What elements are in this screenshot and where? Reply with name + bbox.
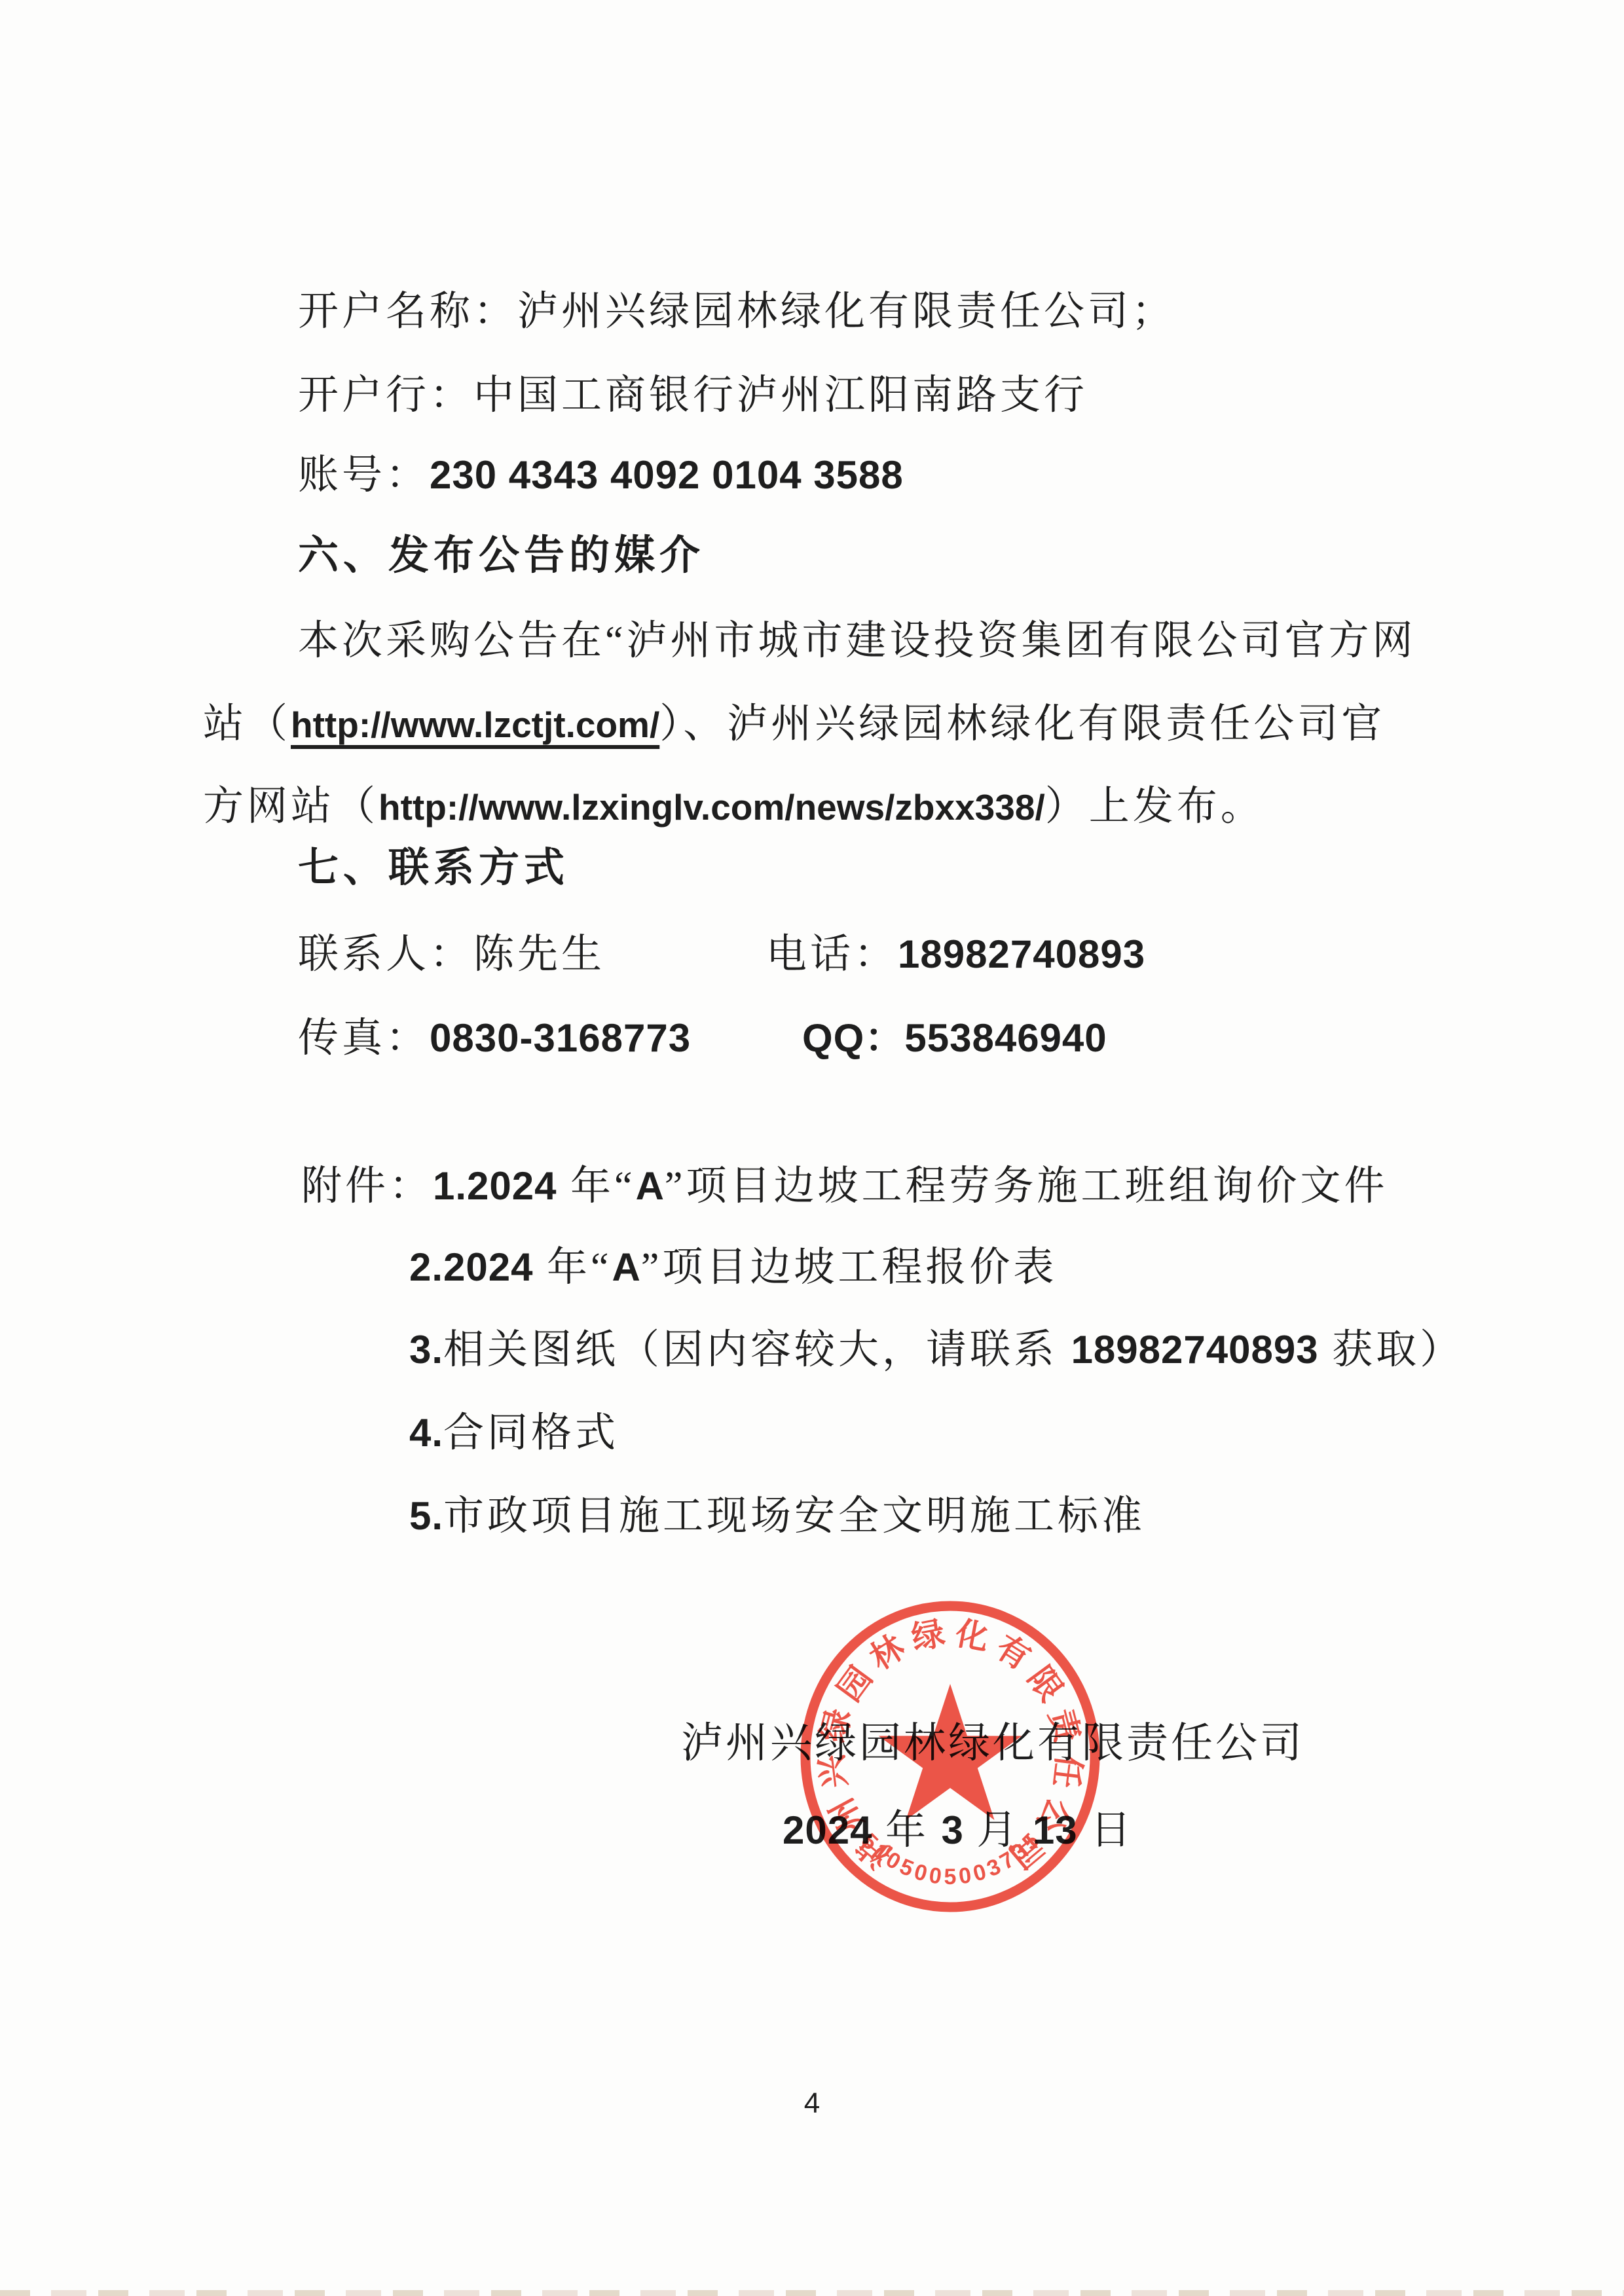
attachment-item-1: 附件：1.2024 年“A”项目边坡工程劳务施工班组询价文件: [301, 1164, 1388, 1209]
attachment5-number: 5.: [409, 1494, 443, 1538]
attachment-item-5: 5.市政项目施工现场安全文明施工标准: [409, 1494, 1145, 1539]
media-paragraph-line3: 方网站（http://www.lzxinglv.com/news/zbxx338…: [203, 784, 1264, 829]
svg-text:0: 0: [927, 1863, 943, 1889]
contact-phone: 电话：18982740893: [766, 932, 1145, 977]
contact-qq-value: 553846940: [904, 1016, 1107, 1060]
account-bank-line: 开户行：中国工商银行泸州江阳南路支行: [298, 373, 1088, 418]
attachment1-mid: 年“: [557, 1164, 636, 1209]
attachment1-text: 项目边坡工程劳务施工班组询价文件: [686, 1164, 1388, 1209]
contact-qq-label: QQ：: [802, 1016, 904, 1060]
media-line2-prefix: 站（: [203, 702, 291, 746]
account-bank-text: 开户行：中国工商银行泸州江阳南路支行: [298, 373, 1088, 418]
svg-text:兴: 兴: [813, 1753, 853, 1790]
attachment3-number: 3.: [409, 1328, 443, 1372]
svg-text:责: 责: [1043, 1705, 1087, 1747]
attachment1-quote: ”: [665, 1164, 686, 1209]
svg-text:5: 5: [944, 1865, 957, 1889]
attachment-item-4: 4.合同格式: [409, 1411, 619, 1455]
account-number-line: 账号：230 4343 4092 0104 3588: [298, 453, 904, 498]
section7-heading-text: 七、联系方式: [298, 846, 569, 890]
media-line3-suffix: ）上发布。: [1045, 784, 1264, 829]
contact-phone-value: 18982740893: [898, 932, 1145, 976]
attachment3-text2: 获取）: [1319, 1328, 1464, 1372]
attachment3-phone: 18982740893: [1071, 1328, 1319, 1372]
website-url-lzctjt: http://www.lzctjt.com/: [291, 704, 659, 745]
svg-text:绿: 绿: [909, 1614, 948, 1656]
document-page: 开户名称：泸州兴绿园林绿化有限责任公司； 开户行：中国工商银行泸州江阳南路支行 …: [0, 0, 1624, 2296]
seal-star-icon: [879, 1684, 1022, 1820]
attachments-label: 附件：: [301, 1164, 433, 1209]
attachment-item-3: 3.相关图纸（因内容较大，请联系 18982740893 获取）: [409, 1328, 1464, 1372]
media-paragraph-line2: 站（http://www.lzctjt.com/）、泸州兴绿园林绿化有限责任公司…: [203, 702, 1385, 746]
svg-text:化: 化: [952, 1614, 992, 1657]
attachment5-text: 市政项目施工现场安全文明施工标准: [443, 1494, 1145, 1539]
contact-qq: QQ：553846940: [802, 1016, 1107, 1061]
account-name-text: 开户名称：泸州兴绿园林绿化有限责任公司；: [298, 289, 1175, 334]
attachment1-letter: A: [636, 1164, 665, 1208]
svg-text:绿: 绿: [814, 1705, 858, 1746]
attachment-item-2: 2.2024 年“A”项目边坡工程报价表: [409, 1245, 1057, 1290]
contact-fax-value: 0830-3168773: [430, 1016, 691, 1060]
media-line1-text: 本次采购公告在“泸州市城市建设投资集团有限公司官方网: [298, 619, 1416, 663]
media-line2-suffix: ）、泸州兴绿园林绿化有限责任公司官: [659, 702, 1385, 746]
contact-person-label: 联系人：: [298, 932, 473, 977]
attachment3-text1: 相关图纸（因内容较大，请联系: [443, 1328, 1071, 1372]
svg-text:任: 任: [1047, 1753, 1088, 1790]
account-number-value: 230 4343 4092 0104 3588: [430, 453, 904, 497]
attachment2-number: 2.2024: [409, 1245, 534, 1289]
media-paragraph-line1: 本次采购公告在“泸州市城市建设投资集团有限公司官方网: [298, 619, 1416, 663]
contact-phone-label: 电话：: [766, 932, 898, 977]
attachment2-quote: ”: [641, 1245, 663, 1290]
section7-heading: 七、联系方式: [298, 846, 569, 890]
account-number-label: 账号：: [298, 453, 430, 498]
scan-edge-artifact: [0, 2290, 1624, 2296]
attachment1-number: 1.2024: [433, 1164, 557, 1208]
contact-row-2: 传真：0830-3168773 QQ：553846940: [298, 1016, 1624, 1061]
attachment2-letter: A: [612, 1245, 641, 1289]
attachment4-text: 合同格式: [443, 1411, 619, 1455]
attachment2-mid: 年“: [534, 1245, 612, 1290]
media-line3-prefix: 方网站（: [203, 784, 378, 829]
company-seal: 泸州兴绿园林绿化有限责任公司5105005003735: [794, 1596, 1107, 1918]
account-name-line: 开户名称：泸州兴绿园林绿化有限责任公司；: [298, 289, 1175, 334]
section6-heading: 六、发布公告的媒介: [298, 534, 705, 578]
attachment2-text: 项目边坡工程报价表: [662, 1245, 1057, 1290]
page-number: 4: [804, 2087, 820, 2120]
contact-row-1: 联系人：陈先生 电话：18982740893: [298, 932, 1624, 977]
contact-fax-label: 传真：: [298, 1016, 430, 1061]
attachment4-number: 4.: [409, 1411, 443, 1455]
website-url-lzxinglv: http://www.lzxinglv.com/news/zbxx338/: [378, 787, 1045, 828]
section6-heading-text: 六、发布公告的媒介: [298, 534, 705, 578]
contact-person-name: 陈先生: [473, 932, 605, 977]
svg-text:0: 0: [957, 1863, 973, 1889]
